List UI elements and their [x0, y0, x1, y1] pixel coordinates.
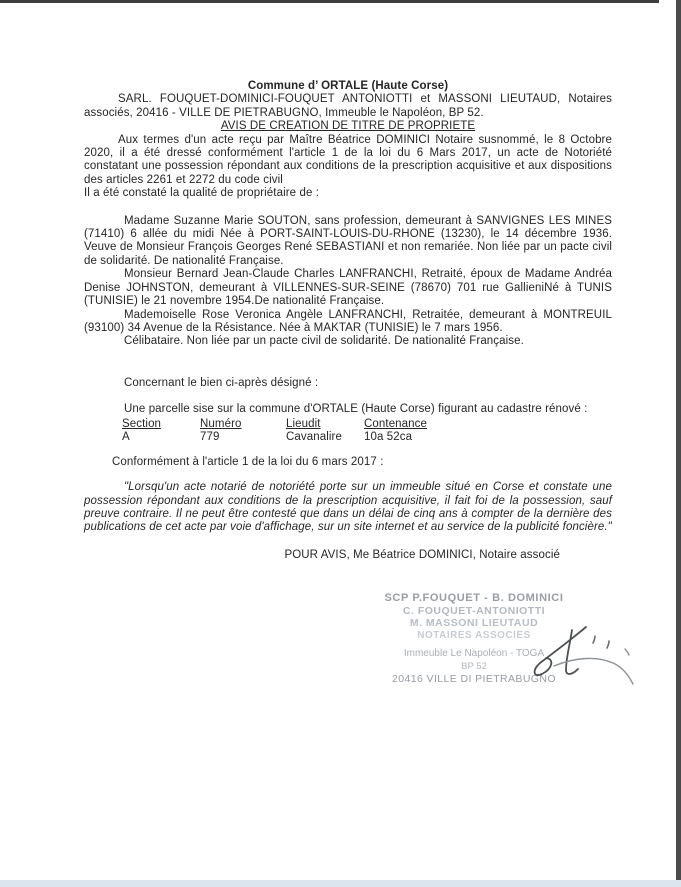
cell-lieudit: Cavanalire: [286, 431, 364, 445]
commune-heading: Commune d’ ORTALE (Haute Corse): [84, 80, 612, 93]
concerning-line: Concernant le bien ci-après désigné :: [84, 377, 612, 390]
cadastre-table-header-row: Section Numéro Lieudit Contenance: [122, 418, 427, 432]
owner-status-line: Célibataire. Non liée par un pacte civil…: [84, 335, 612, 348]
cell-numero: 779: [200, 431, 286, 445]
owner-paragraph-souton: Madame Suzanne Marie SOUTON, sans profes…: [84, 215, 612, 269]
notice-document: Commune d’ ORTALE (Haute Corse) SARL. FO…: [84, 80, 612, 562]
notice-title: AVIS DE CREATION DE TITRE DE PROPRIETE: [84, 120, 612, 133]
ownership-statement-line: Il a été constaté la qualité de propriét…: [84, 187, 612, 200]
owner-paragraph-lanfranchi-bernard: Monsieur Bernard Jean-Claude Charles LAN…: [84, 268, 612, 308]
owner-paragraph-lanfranchi-rose: Mademoiselle Rose Veronica Angèle LANFRA…: [84, 309, 612, 336]
page-right-edge: [676, 0, 681, 880]
cadastre-table-row: A 779 Cavanalire 10a 52ca: [122, 431, 427, 445]
pour-avis-line: POUR AVIS, Me Béatrice DOMINICI, Notaire…: [84, 549, 612, 562]
cadastre-table: Section Numéro Lieudit Contenance A 779 …: [122, 418, 427, 445]
legal-quote-paragraph: "Lorsqu'un acte notarié de notoriété por…: [84, 481, 612, 535]
header-section: Section: [122, 418, 200, 432]
intro-paragraph: Aux termes d'un acte reçu par Maître Béa…: [84, 134, 612, 188]
window-bottom-band: [0, 880, 681, 887]
notary-office-line: SARL. FOUQUET-DOMINICI-FOUQUET ANTONIOTT…: [84, 93, 612, 120]
law-reference-line: Conformément à l'article 1 de la loi du …: [84, 456, 612, 469]
scanned-document-page: { "page": { "commune_heading": "Commune …: [0, 0, 681, 887]
signature-scribble: [520, 600, 681, 710]
owners-block: Madame Suzanne Marie SOUTON, sans profes…: [84, 215, 612, 349]
header-lieudit: Lieudit: [286, 418, 364, 432]
cell-contenance: 10a 52ca: [364, 431, 427, 445]
page-top-edge: [0, 0, 659, 3]
parcel-line: Une parcelle sise sur la commune d'ORTAL…: [84, 403, 612, 416]
header-numero: Numéro: [200, 418, 286, 432]
cell-section: A: [122, 431, 200, 445]
header-contenance: Contenance: [364, 418, 427, 432]
